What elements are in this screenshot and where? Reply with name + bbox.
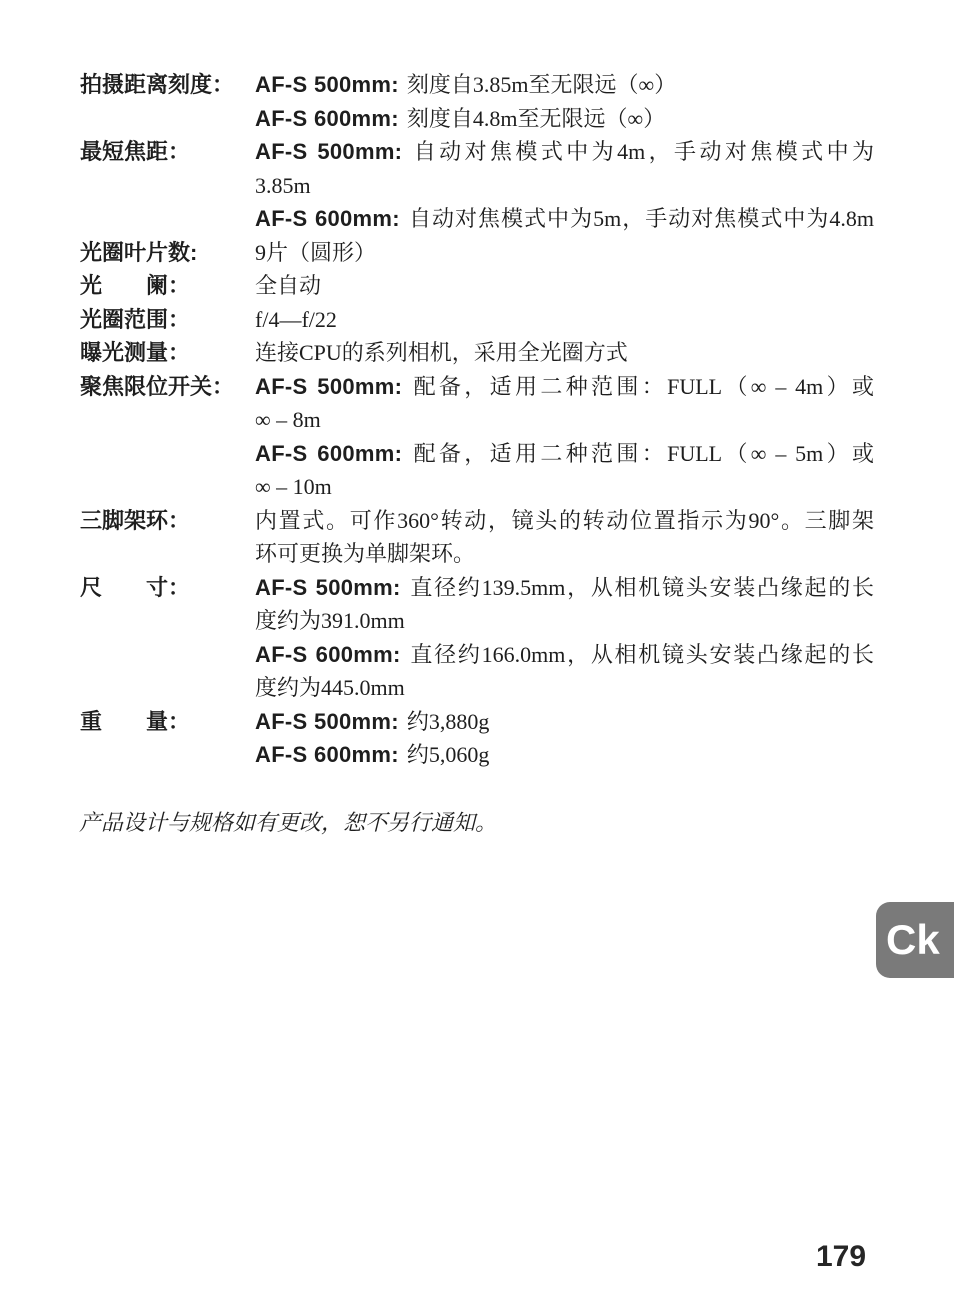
spec-row: 光圈范围： f/4—f/22 — [80, 303, 874, 337]
spec-text: 连接CPU的系列相机，采用全光圈方式 — [255, 340, 628, 365]
spec-text: 约3,880g — [407, 709, 490, 734]
spec-label: 光圈叶片数: — [80, 236, 255, 270]
model-prefix: AF-S 600mm: — [255, 742, 407, 767]
spec-line: AF-S 500mm:自动对焦模式中为4m，手动对焦模式中为 — [255, 135, 874, 169]
model-prefix: AF-S 500mm: — [255, 709, 407, 734]
spec-value: f/4—f/22 — [255, 303, 874, 337]
spec-row: 光 阑： 全自动 — [80, 269, 874, 303]
spec-value: 9片（圆形） — [255, 236, 874, 270]
spec-row: 光圈叶片数: 9片（圆形） — [80, 236, 874, 270]
model-prefix: AF-S 500mm: — [255, 374, 410, 399]
spec-text: 直径约166.0mm，从相机镜头安装凸缘起的长 — [409, 642, 874, 667]
section-tab-label: Ck — [886, 919, 940, 961]
spec-label: 三脚架环： — [80, 504, 255, 538]
spec-text: 直径约139.5mm，从相机镜头安装凸缘起的长 — [409, 575, 874, 600]
design-change-footnote: 产品设计与规格如有更改，恕不另行通知。 — [79, 806, 497, 839]
spec-label: 重 量： — [80, 705, 255, 739]
spec-line: ∞ – 10m — [255, 470, 874, 504]
spec-table: 拍摄距离刻度： AF-S 500mm:刻度自3.85m至无限远（∞） AF-S … — [80, 68, 874, 772]
model-prefix: AF-S 600mm: — [255, 441, 410, 466]
spec-line: AF-S 500mm:直径约139.5mm，从相机镜头安装凸缘起的长 — [255, 571, 874, 605]
spec-value: AF-S 500mm:自动对焦模式中为4m，手动对焦模式中为 3.85m AF-… — [255, 135, 874, 236]
spec-value: AF-S 500mm:约3,880g AF-S 600mm:约5,060g — [255, 705, 874, 772]
model-prefix: AF-S 500mm: — [255, 139, 410, 164]
spec-text: 9片（圆形） — [255, 240, 376, 265]
spec-row: 拍摄距离刻度： AF-S 500mm:刻度自3.85m至无限远（∞） AF-S … — [80, 68, 874, 135]
page-number: 179 — [816, 1240, 866, 1274]
model-prefix: AF-S 600mm: — [255, 106, 407, 131]
model-prefix: AF-S 500mm: — [255, 575, 409, 600]
spec-line: 环可更换为单脚架环。 — [255, 537, 874, 571]
model-prefix: AF-S 600mm: — [255, 206, 408, 231]
spec-line: 度约为445.0mm — [255, 671, 874, 705]
spec-row: 曝光测量： 连接CPU的系列相机，采用全光圈方式 — [80, 336, 874, 370]
spec-row: 三脚架环： 内置式。可作360°转动，镜头的转动位置指示为90°。三脚架 环可更… — [80, 504, 874, 571]
spec-line: 连接CPU的系列相机，采用全光圈方式 — [255, 336, 874, 370]
spec-text: 环可更换为单脚架环。 — [255, 541, 475, 566]
spec-line: AF-S 500mm:配备，适用二种范围：FULL（∞ – 4m）或 — [255, 370, 874, 404]
spec-line: ∞ – 8m — [255, 403, 874, 437]
spec-text: 度约为391.0mm — [255, 608, 405, 633]
spec-label: 光圈范围： — [80, 303, 255, 337]
spec-text: ∞ – 10m — [255, 474, 332, 499]
spec-line: AF-S 500mm:约3,880g — [255, 705, 874, 739]
spec-text: 全自动 — [255, 273, 321, 298]
spec-value: AF-S 500mm:刻度自3.85m至无限远（∞） AF-S 600mm:刻度… — [255, 68, 874, 135]
section-tab-ck: Ck — [876, 902, 954, 978]
spec-text: 自动对焦模式中为5m，手动对焦模式中为4.8m — [408, 206, 874, 231]
spec-row: 最短焦距： AF-S 500mm:自动对焦模式中为4m，手动对焦模式中为 3.8… — [80, 135, 874, 236]
spec-value: AF-S 500mm:直径约139.5mm，从相机镜头安装凸缘起的长 度约为39… — [255, 571, 874, 705]
spec-line: 全自动 — [255, 269, 874, 303]
spec-text: 3.85m — [255, 173, 311, 198]
spec-value: 内置式。可作360°转动，镜头的转动位置指示为90°。三脚架 环可更换为单脚架环… — [255, 504, 874, 571]
spec-line: 9片（圆形） — [255, 236, 874, 270]
spec-line: AF-S 600mm:直径约166.0mm，从相机镜头安装凸缘起的长 — [255, 638, 874, 672]
spec-text: 约5,060g — [407, 742, 490, 767]
spec-line: AF-S 600mm:刻度自4.8m至无限远（∞） — [255, 102, 874, 136]
spec-label: 光 阑： — [80, 269, 255, 303]
spec-row: 聚焦限位开关： AF-S 500mm:配备，适用二种范围：FULL（∞ – 4m… — [80, 370, 874, 504]
spec-text: 内置式。可作360°转动，镜头的转动位置指示为90°。三脚架 — [255, 508, 874, 533]
spec-text: ∞ – 8m — [255, 407, 321, 432]
spec-label: 最短焦距： — [80, 135, 255, 169]
model-prefix: AF-S 500mm: — [255, 72, 407, 97]
spec-line: 3.85m — [255, 169, 874, 203]
spec-label: 聚焦限位开关： — [80, 370, 255, 404]
spec-line: AF-S 600mm:自动对焦模式中为5m，手动对焦模式中为4.8m — [255, 202, 874, 236]
spec-row: 重 量： AF-S 500mm:约3,880g AF-S 600mm:约5,06… — [80, 705, 874, 772]
spec-line: 内置式。可作360°转动，镜头的转动位置指示为90°。三脚架 — [255, 504, 874, 538]
spec-value: 全自动 — [255, 269, 874, 303]
spec-label: 尺 寸： — [80, 571, 255, 605]
spec-value: 连接CPU的系列相机，采用全光圈方式 — [255, 336, 874, 370]
spec-text: f/4—f/22 — [255, 307, 337, 332]
spec-text: 刻度自3.85m至无限远（∞） — [407, 72, 676, 97]
spec-line: AF-S 600mm:配备，适用二种范围：FULL（∞ – 5m）或 — [255, 437, 874, 471]
spec-text: 刻度自4.8m至无限远（∞） — [407, 106, 665, 131]
spec-text: 配备，适用二种范围：FULL（∞ – 5m）或 — [410, 441, 874, 466]
spec-text: 度约为445.0mm — [255, 675, 405, 700]
spec-line: AF-S 500mm:刻度自3.85m至无限远（∞） — [255, 68, 874, 102]
spec-text: 配备，适用二种范围：FULL（∞ – 4m）或 — [410, 374, 874, 399]
spec-label: 曝光测量： — [80, 336, 255, 370]
model-prefix: AF-S 600mm: — [255, 642, 409, 667]
spec-line: f/4—f/22 — [255, 303, 874, 337]
spec-text: 自动对焦模式中为4m，手动对焦模式中为 — [410, 139, 874, 164]
spec-label: 拍摄距离刻度： — [80, 68, 255, 102]
spec-row: 尺 寸： AF-S 500mm:直径约139.5mm，从相机镜头安装凸缘起的长 … — [80, 571, 874, 705]
spec-line: 度约为391.0mm — [255, 604, 874, 638]
spec-line: AF-S 600mm:约5,060g — [255, 738, 874, 772]
spec-value: AF-S 500mm:配备，适用二种范围：FULL（∞ – 4m）或 ∞ – 8… — [255, 370, 874, 504]
